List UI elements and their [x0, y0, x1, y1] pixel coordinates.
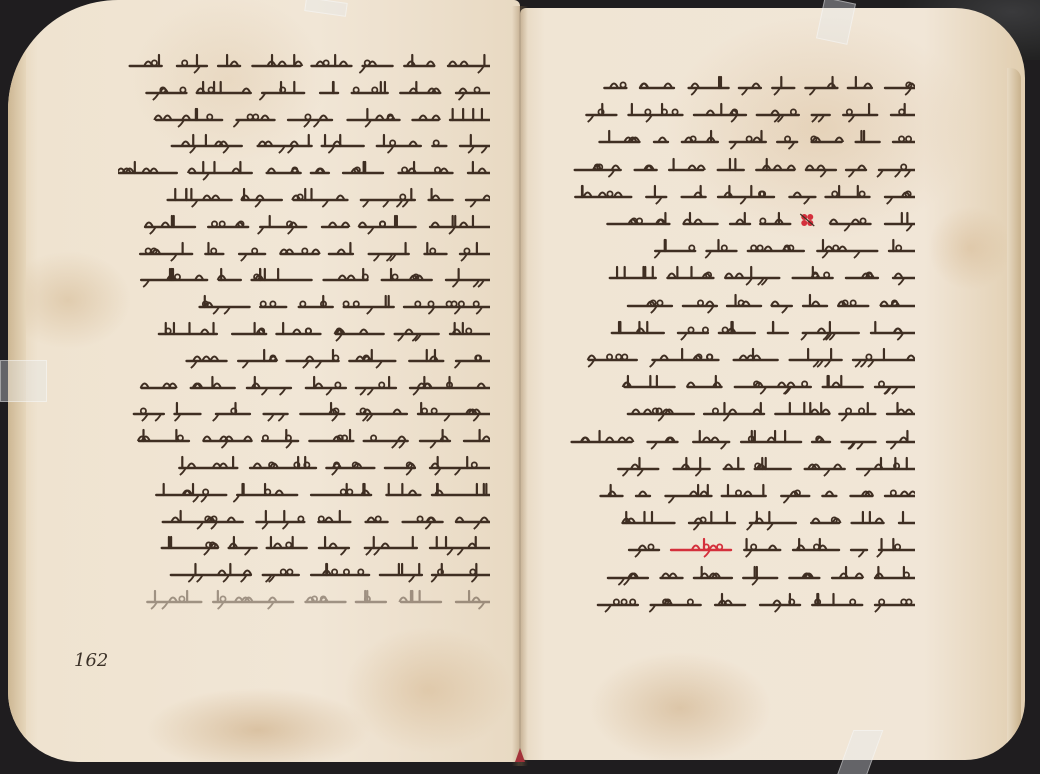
- manuscript-text-line: [565, 156, 915, 178]
- manuscript-text-line: [118, 347, 490, 369]
- manuscript-text-line: [565, 210, 915, 232]
- manuscript-text-line: [118, 481, 490, 503]
- manuscript-text-line: [118, 132, 490, 154]
- manuscript-text-line: [565, 509, 915, 531]
- manuscript-text-line: [118, 374, 490, 396]
- manuscript-text-line: [565, 400, 915, 422]
- manuscript-text-line: [565, 237, 915, 259]
- manuscript-text-line: [565, 564, 915, 586]
- manuscript-text-line: [565, 482, 915, 504]
- manuscript-text-line: [565, 264, 915, 286]
- manuscript-text-line: [565, 346, 915, 368]
- right-page: [520, 8, 1025, 760]
- manuscript-text-line: [565, 183, 915, 205]
- manuscript-text-line: [565, 292, 915, 314]
- manuscript-text-line: [118, 79, 490, 101]
- manuscript-text-line: [118, 240, 490, 262]
- manuscript-text-line: [565, 101, 915, 123]
- manuscript-text-line: [565, 319, 915, 341]
- manuscript-text-line: [565, 373, 915, 395]
- manuscript-text-line: [118, 454, 490, 476]
- manuscript-text-line: [118, 320, 490, 342]
- manuscript-text-line: [565, 74, 915, 96]
- manuscript-text-line: [118, 266, 490, 288]
- manuscript-text-line: [118, 427, 490, 449]
- manuscript-text-line: [118, 534, 490, 556]
- manuscript-text-line: [118, 159, 490, 181]
- manuscript-text-line: [118, 561, 490, 583]
- conservation-tape: [0, 360, 47, 402]
- manuscript-text-line: [118, 508, 490, 530]
- manuscript-text-line: [565, 428, 915, 450]
- manuscript-text-line: [118, 588, 490, 610]
- manuscript-text-line: [565, 536, 915, 558]
- manuscript-text-line: [118, 106, 490, 128]
- manuscript-text-line: [118, 400, 490, 422]
- manuscript-text-line: [565, 128, 915, 150]
- folio-number: 162: [74, 650, 108, 671]
- manuscript-text-line: [118, 213, 490, 235]
- right-page-edge: [1007, 68, 1021, 748]
- manuscript-text-line: [565, 591, 915, 613]
- manuscript-text-line: [118, 293, 490, 315]
- manuscript-text-line: [118, 186, 490, 208]
- left-page: 162: [8, 0, 520, 762]
- manuscript-text-line: [565, 455, 915, 477]
- book-gutter: [512, 6, 528, 766]
- manuscript-text-line: [118, 52, 490, 74]
